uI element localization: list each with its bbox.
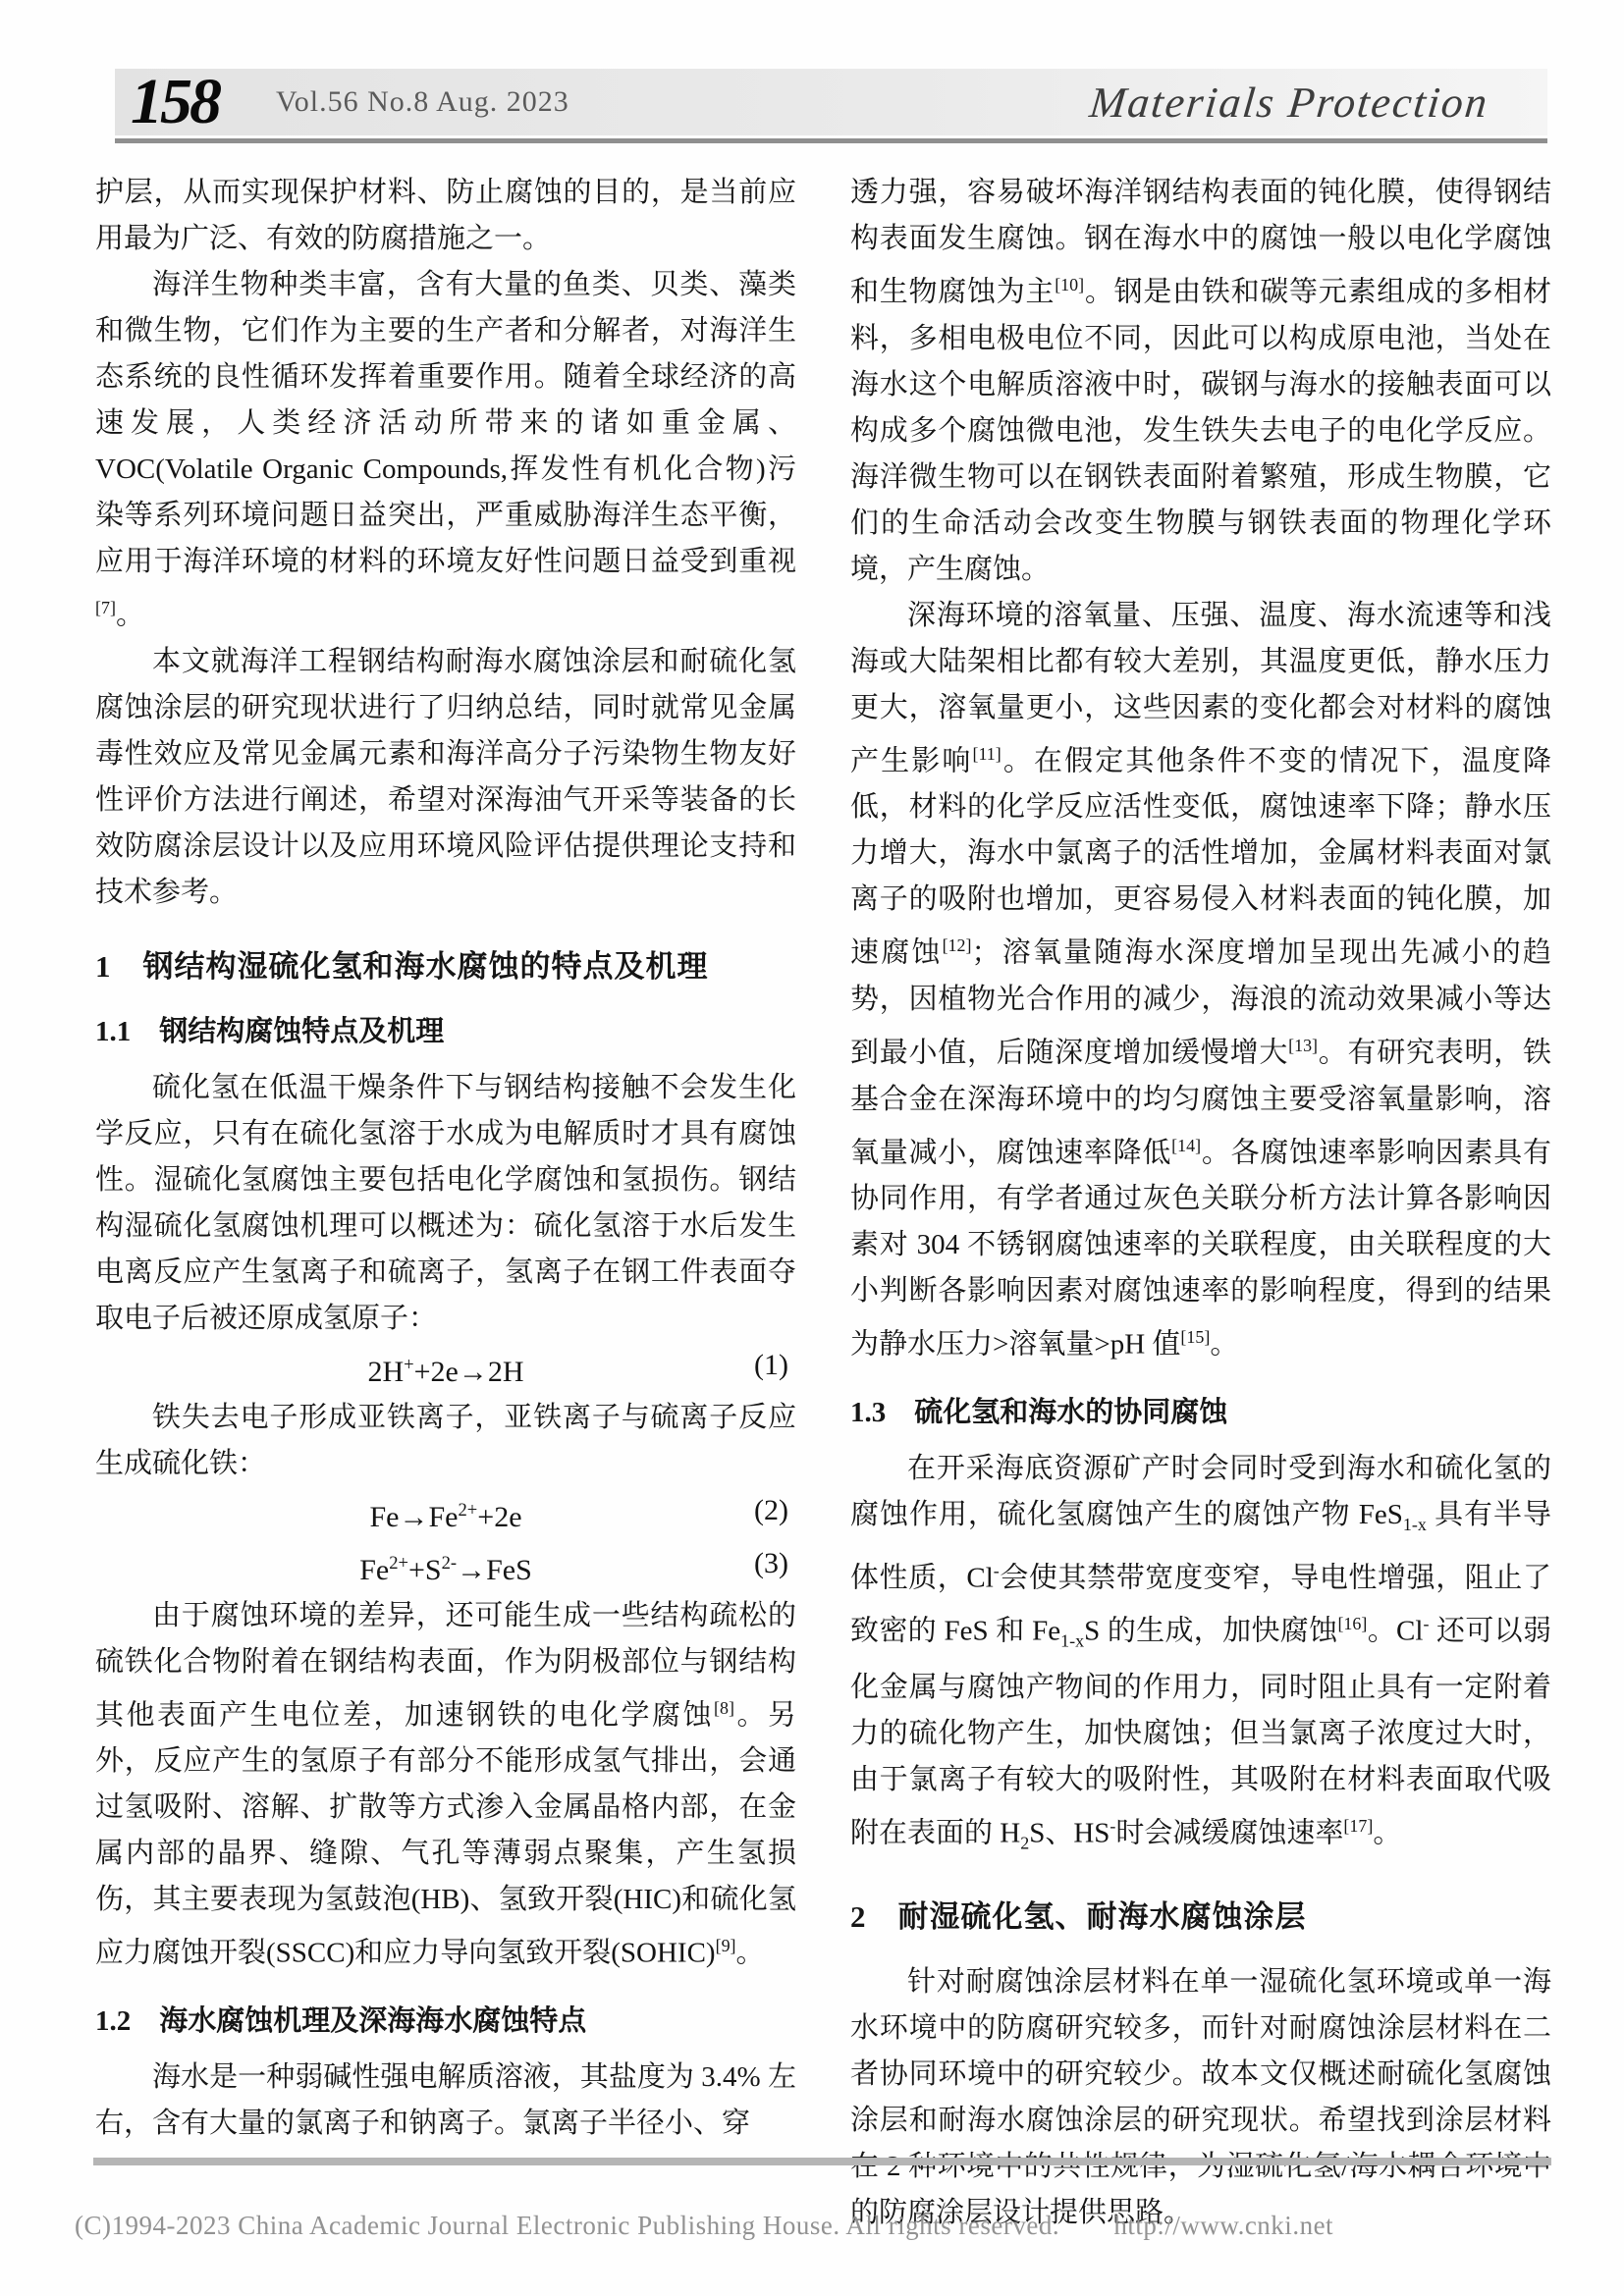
- left-column: 护层，从而实现保护材料、防止腐蚀的目的，是当前应用最为广泛、有效的防腐措施之一。…: [95, 170, 796, 2236]
- equation-1: 2H++2e→2H (1): [95, 1342, 796, 1395]
- paragraph: 针对耐腐蚀涂层材料在单一湿硫化氢环境或单一海水环境中的防腐研究较多，而针对耐腐蚀…: [850, 1959, 1551, 2236]
- equation-number: (3): [754, 1540, 788, 1586]
- paragraph: 深海环境的溶氧量、压强、温度、海水流速等和浅海或大陆架相比都有较大差别，其温度更…: [850, 593, 1551, 1368]
- paragraph: 透力强，容易破坏海洋钢结构表面的钝化膜，使得钢结构表面发生腐蚀。钢在海水中的腐蚀…: [850, 170, 1551, 593]
- section-heading-1-1: 1.1 钢结构腐蚀特点及机理: [95, 1009, 796, 1049]
- footer-rule: [93, 2158, 1551, 2165]
- copyright-line: (C)1994-2023 China Academic Journal Elec…: [75, 2211, 1547, 2241]
- copyright-text: (C)1994-2023 China Academic Journal Elec…: [75, 2211, 1059, 2240]
- issue-info: Vol.56 No.8 Aug. 2023: [276, 85, 569, 119]
- cnki-url: http://www.cnki.net: [1113, 2211, 1333, 2240]
- paragraph: 海洋生物种类丰富，含有大量的鱼类、贝类、藻类和微生物，它们作为主要的生产者和分解…: [95, 262, 796, 639]
- section-heading-1-3: 1.3 硫化氢和海水的协同腐蚀: [850, 1390, 1551, 1430]
- paragraph: 在开采海底资源矿产时会同时受到海水和硫化氢的腐蚀作用，硫化氢腐蚀产生的腐蚀产物 …: [850, 1446, 1551, 1866]
- paragraph: 硫化氢在低温干燥条件下与钢结构接触不会发生化学反应，只有在硫化氢溶于水成为电解质…: [95, 1065, 796, 1342]
- journal-name: Materials Protection: [1087, 78, 1491, 128]
- journal-page: 158 Vol.56 No.8 Aug. 2023 Materials Prot…: [0, 0, 1624, 2296]
- equation-formula: 2H++2e→2H: [367, 1342, 523, 1395]
- equation-formula: Fe2++S2-→FeS: [359, 1540, 532, 1593]
- equation-3: Fe2++S2-→FeS (3): [95, 1540, 796, 1593]
- article-body: 护层，从而实现保护材料、防止腐蚀的目的，是当前应用最为广泛、有效的防腐措施之一。…: [95, 170, 1551, 2236]
- equation-number: (2): [754, 1487, 788, 1533]
- paragraph: 护层，从而实现保护材料、防止腐蚀的目的，是当前应用最为广泛、有效的防腐措施之一。: [95, 170, 796, 262]
- paragraph: 海水是一种弱碱性强电解质溶液，其盐度为 3.4% 左右，含有大量的氯离子和钠离子…: [95, 2055, 796, 2147]
- header-rule: [115, 138, 1547, 143]
- section-heading-1-2: 1.2 海水腐蚀机理及深海海水腐蚀特点: [95, 1999, 796, 2039]
- journal-header: 158 Vol.56 No.8 Aug. 2023 Materials Prot…: [115, 69, 1547, 135]
- equation-formula: Fe→Fe2++2e: [369, 1487, 521, 1540]
- equation-2: Fe→Fe2++2e (2): [95, 1487, 796, 1540]
- section-heading-2: 2 耐湿硫化氢、耐海水腐蚀涂层: [850, 1892, 1551, 1936]
- page-number: 158: [131, 70, 219, 134]
- paragraph: 由于腐蚀环境的差异，还可能生成一些结构疏松的硫铁化合物附着在钢结构表面，作为阴极…: [95, 1593, 796, 1977]
- equation-number: (1): [754, 1342, 788, 1388]
- paragraph: 本文就海洋工程钢结构耐海水腐蚀涂层和耐硫化氢腐蚀涂层的研究现状进行了归纳总结，同…: [95, 639, 796, 916]
- section-heading-1: 1 钢结构湿硫化氢和海水腐蚀的特点及机理: [95, 941, 796, 986]
- paragraph: 铁失去电子形成亚铁离子，亚铁离子与硫离子反应生成硫化铁：: [95, 1395, 796, 1487]
- right-column: 透力强，容易破坏海洋钢结构表面的钝化膜，使得钢结构表面发生腐蚀。钢在海水中的腐蚀…: [850, 170, 1551, 2236]
